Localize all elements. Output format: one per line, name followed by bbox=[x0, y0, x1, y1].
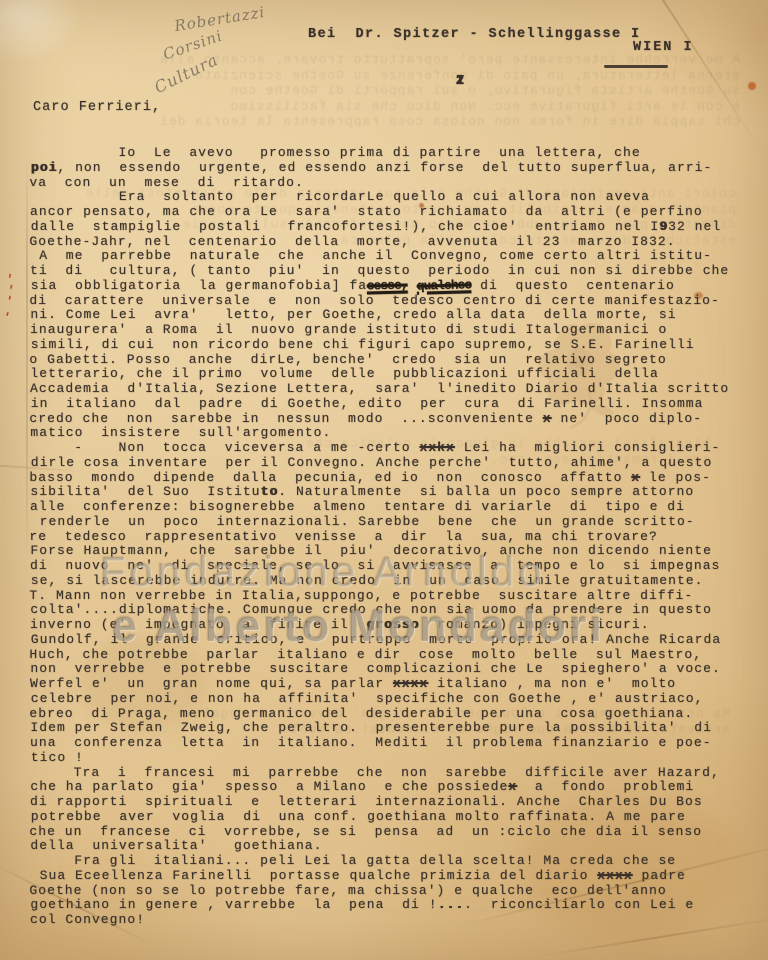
pencil-annotation: Robertazzi Corsini Cultura bbox=[140, 4, 310, 99]
letter-line: inaugurera' a Roma il nuovo grande istit… bbox=[30, 323, 755, 338]
bleed-through-text: A me verrebbe interessante pero' sopratt… bbox=[30, 52, 740, 130]
letter-line: Goethe-Jahr, nel centenario della morte,… bbox=[29, 235, 754, 250]
letter-line: Io Le avevo promesso prima di partire un… bbox=[30, 146, 755, 161]
letter-line: Goethe (non so se lo potrebbe fare, ma c… bbox=[29, 884, 754, 899]
letter-line: Gundolf, il grande critico, e' purtroppo… bbox=[31, 633, 756, 648]
letter-line: celebre per noi, e non ha affinita' spec… bbox=[31, 692, 756, 707]
letter-line: sia obbligatoria la germanofobia] facess… bbox=[31, 279, 756, 294]
letter-line: ni. Come Lei avra' letto, per Goethe, cr… bbox=[30, 308, 755, 323]
letter-line: Accademia d'Italia, Sezione Lettera, sar… bbox=[30, 382, 755, 397]
letter-line: goethiano in genere , varrebbe la pena d… bbox=[30, 898, 755, 913]
letter-line: alle conferenze: bisognerebbe almeno ten… bbox=[30, 500, 755, 515]
letter-body: Io Le avevo promesso prima di partire un… bbox=[30, 146, 755, 928]
letter-line: dalle stampiglie postali francofortesi!)… bbox=[31, 220, 756, 235]
letter-line: che un francese ci vorrebbe, se si pensa… bbox=[29, 825, 754, 840]
letter-line: Era soltanto per ricordarLe quello a cui… bbox=[30, 190, 755, 205]
letter-line: A me parrebbe naturale che anche il Conv… bbox=[30, 249, 755, 264]
letter-line: inverno (e' impegnato a finire il grosso… bbox=[30, 618, 755, 633]
salutation: Caro Ferrieri, bbox=[33, 100, 161, 115]
letter-line: ancor pensato, ma che ora Le sara' stato… bbox=[30, 205, 755, 220]
letter-line: Sua Eceellenza Farinelli portasse qualch… bbox=[31, 869, 756, 884]
red-mark: ' bbox=[6, 294, 12, 310]
letter-line: potrebbe aver voglia di una conf. goethi… bbox=[31, 810, 756, 825]
letter-line: Werfel e' un gran nome qui, sa parlar xx… bbox=[30, 677, 755, 692]
letter-line: matico insistere sull'argomento. bbox=[30, 426, 755, 441]
letter-line: di nuovo ne' di speciale, se lo si avvis… bbox=[30, 559, 755, 574]
letter-line: va con un mese di ritardo. bbox=[29, 176, 754, 191]
letter-line: Tra i francesi mi parrebbe che non sareb… bbox=[29, 766, 754, 781]
letter-line: di rapporti spirituali e letterari inter… bbox=[30, 795, 755, 810]
letter-line: Forse Hauptmann, che sarebbe il piu' dec… bbox=[30, 544, 755, 559]
pencil-word: Cultura bbox=[151, 50, 221, 97]
letter-line: renderle un poco internazionali. Sarebbe… bbox=[31, 515, 756, 530]
letter-line: una conferenza letta in italiano. Mediti… bbox=[30, 736, 755, 751]
letter-line: T. Mann non verrebbe in Italia,suppongo,… bbox=[29, 589, 754, 604]
red-mark: ' bbox=[2, 310, 11, 327]
date-line: I2 bbox=[456, 74, 465, 89]
letter-line: o Gabetti. Posso anche dirLe, benche' cr… bbox=[29, 353, 754, 368]
letter-line: Idem per Stefan Zweig, che peraltro. pre… bbox=[30, 721, 755, 736]
letter-line: - Non tocca viceversa a me -certo xxkx L… bbox=[30, 441, 755, 456]
letter-line: dirle cosa inventare per il Convegno. An… bbox=[31, 456, 756, 471]
letter-line: credo che non sarebbe in nessun modo ...… bbox=[29, 412, 754, 427]
paper: A me verrebbe interessante pero' sopratt… bbox=[0, 0, 768, 960]
rust-stain bbox=[748, 82, 756, 90]
letter-line: Huch, che potrebbe parlar italiano e dir… bbox=[29, 648, 754, 663]
letter-line: ebreo di Praga, meno germanico del desid… bbox=[29, 707, 754, 722]
letter-line: Fra gli italiani... peli Lei la gatta de… bbox=[30, 854, 755, 869]
letter-line: ti di cultura, ( tanto piu' in questo pe… bbox=[30, 264, 755, 279]
letterhead-city: WIEN I bbox=[633, 40, 694, 55]
crease-line bbox=[26, 150, 28, 560]
letter-line: della universalita' goethiana. bbox=[30, 839, 755, 854]
letter-line: che ha parlato gia' spesso a Milano e ch… bbox=[30, 780, 755, 795]
letter-line: tico ! bbox=[31, 751, 756, 766]
letter-line: non verrebbe e potrebbe suscitare compli… bbox=[30, 662, 755, 677]
letterhead-line: Bei Dr. Spitzer - Schellinggasse I bbox=[308, 27, 641, 42]
letter-line: simili, di cui non ricordo bene chi figu… bbox=[31, 338, 756, 353]
letter-line: in italiano dal padre di Goethe, edito p… bbox=[31, 397, 756, 412]
letter-line: di carattere universale e non solo tedes… bbox=[29, 294, 754, 309]
letter-line: se, si lascerebbe indurre. Ma non credo … bbox=[31, 574, 756, 589]
letter-line: col Convegno! bbox=[30, 913, 755, 928]
letter-line: letterario, che il primo volume delle pu… bbox=[30, 367, 755, 382]
letter-line: sibilita' del Suo Istituto. Naturalmente… bbox=[30, 485, 755, 500]
letter-line: basso mondo dipende dalla pecunia, ed io… bbox=[29, 471, 754, 486]
letter-line: poi, non essendo urgente, ed essendo anz… bbox=[31, 161, 756, 176]
letter-line: colta'....diplomatiche. Comunque credo c… bbox=[30, 603, 755, 618]
letter-line: re tedesco rappresentativo venisse a dir… bbox=[29, 530, 754, 545]
